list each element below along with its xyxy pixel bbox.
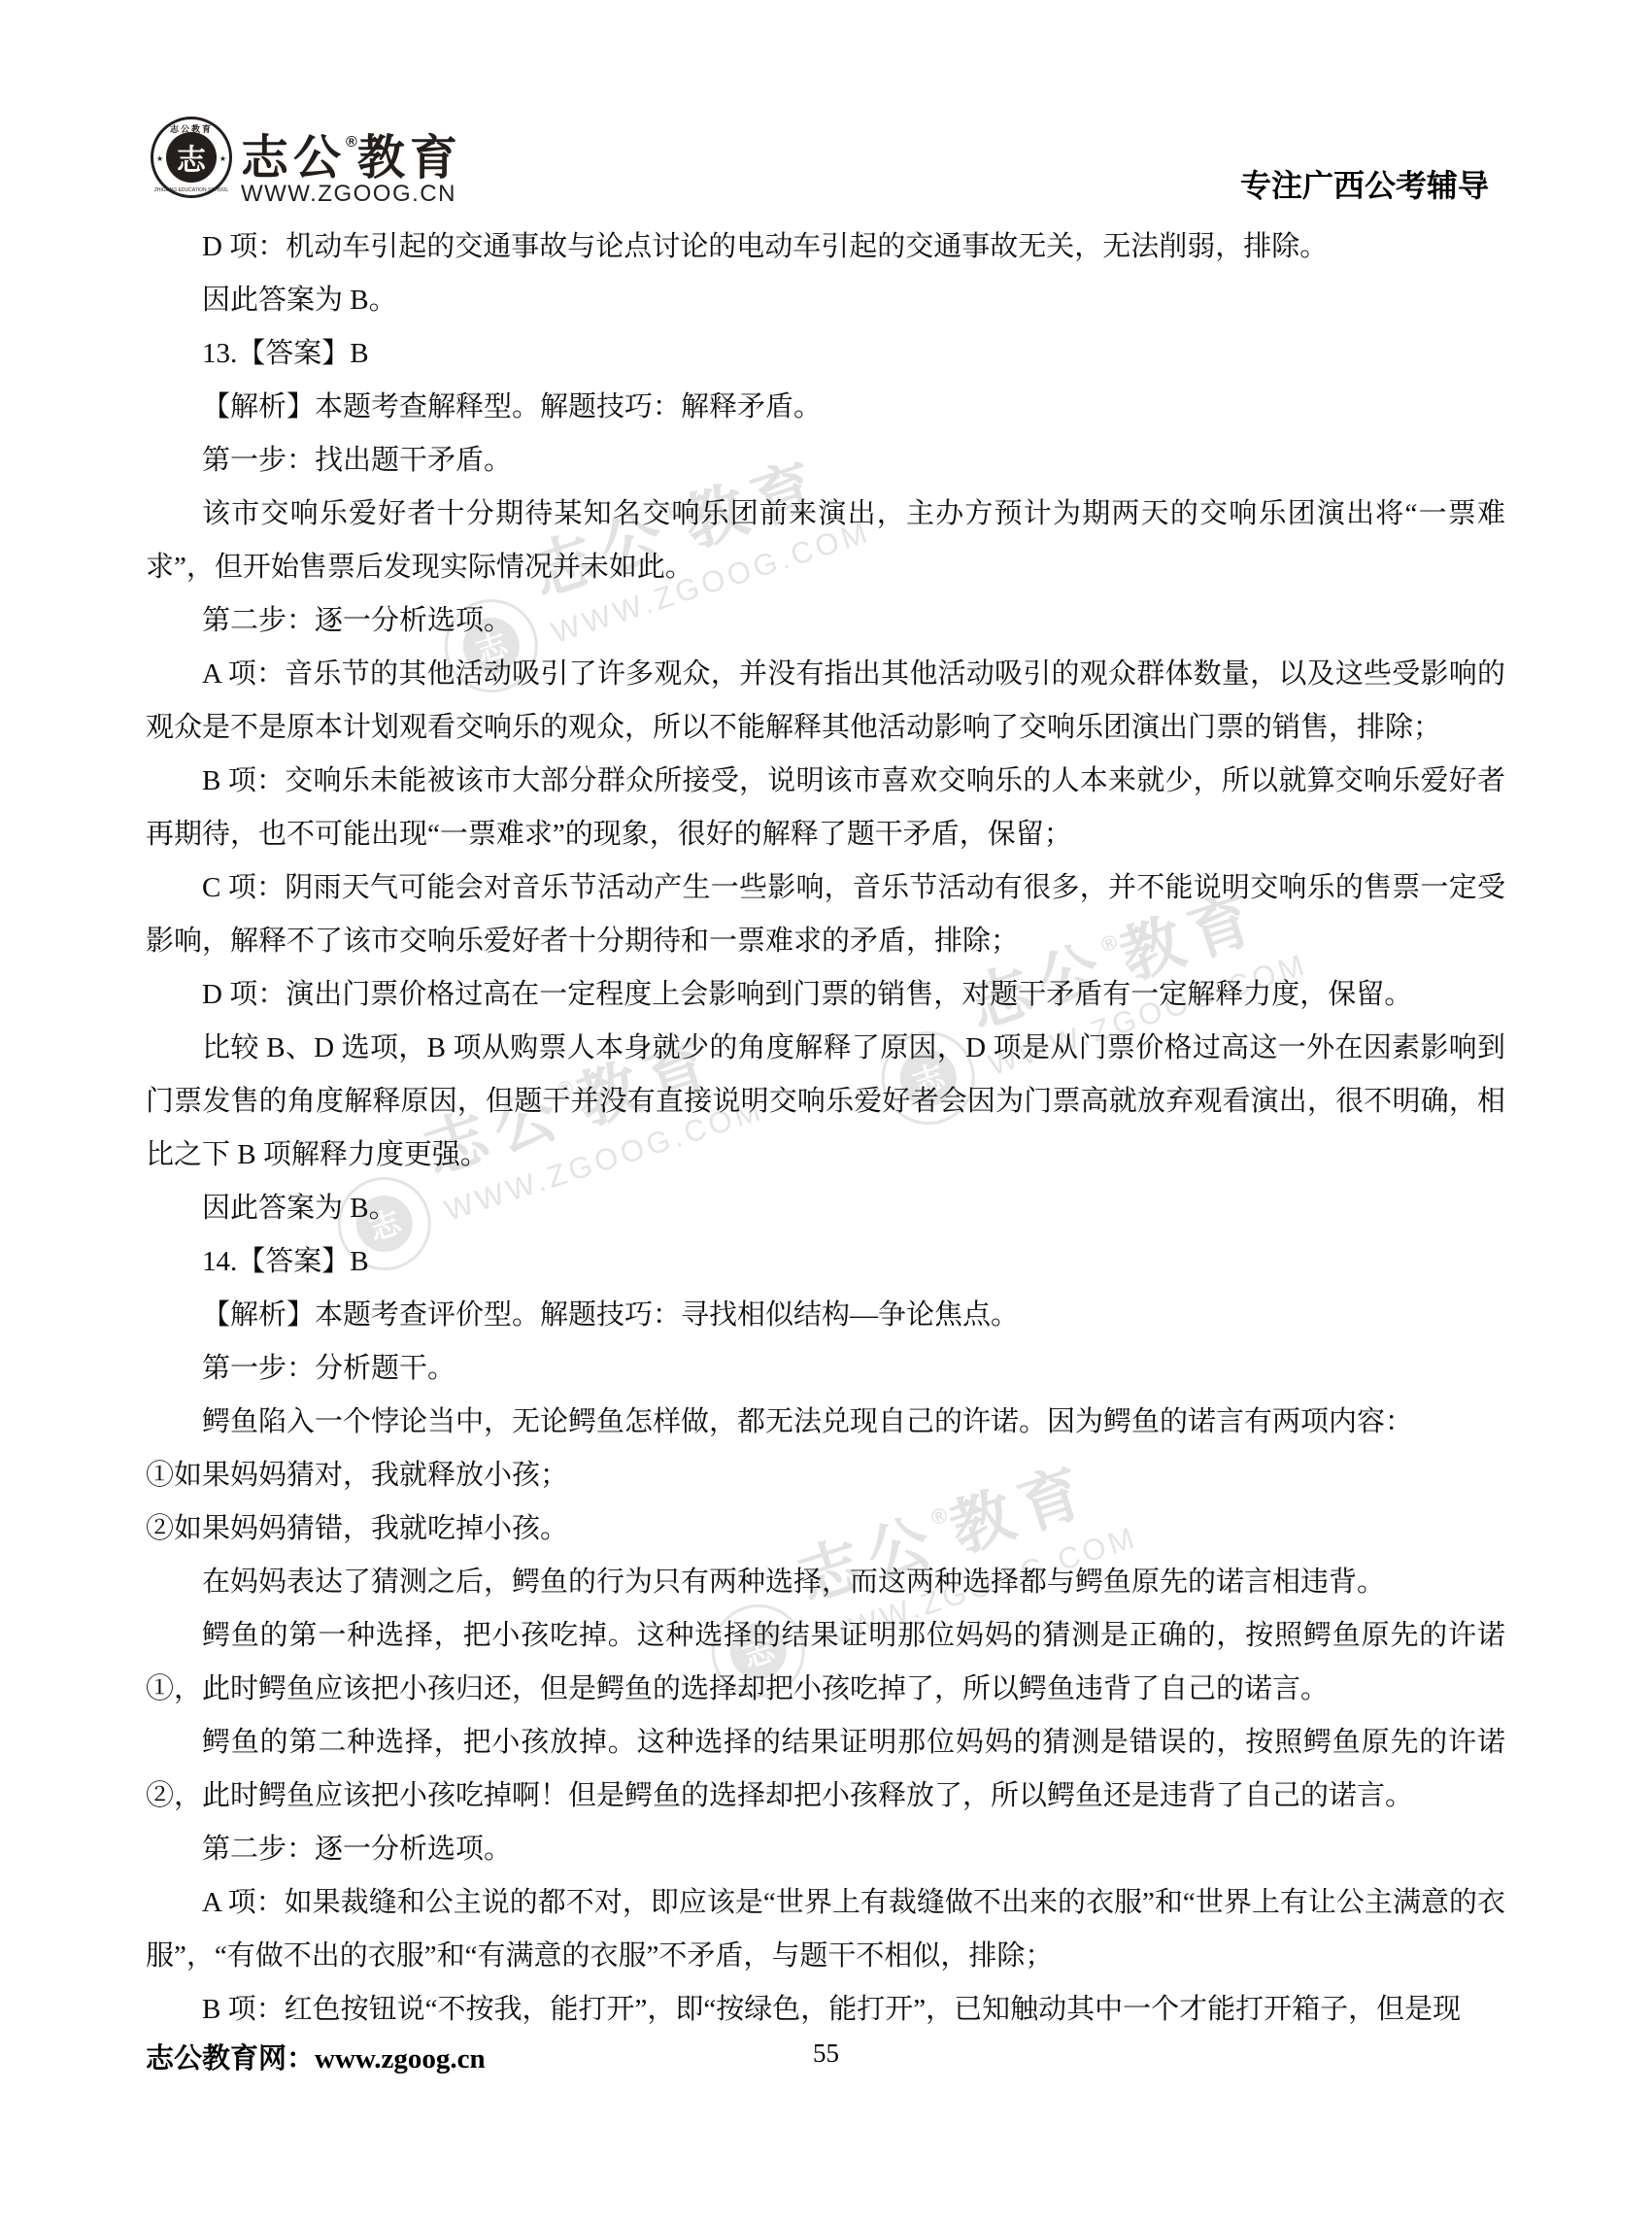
paragraph: ②如果妈妈猜错，我就吃掉小孩。 bbox=[146, 1502, 1505, 1556]
document-body: D 项：机动车引起的交通事故与论点讨论的电动车引起的交通事故无关，无法削弱，排除… bbox=[146, 220, 1505, 2037]
paragraph: D 项：机动车引起的交通事故与论点讨论的电动车引起的交通事故无关，无法削弱，排除… bbox=[146, 220, 1505, 274]
header-tagline: 专注广西公考辅导 bbox=[1240, 161, 1489, 206]
paragraph: 14.【答案】B bbox=[146, 1235, 1505, 1289]
paragraph: 鳄鱼陷入一个悖论当中，无论鳄鱼怎样做，都无法兑现自己的许诺。因为鳄鱼的诺言有两项… bbox=[146, 1396, 1505, 1449]
paragraph: D 项：演出门票价格过高在一定程度上会影响到门票的销售，对题干矛盾有一定解释力度… bbox=[146, 968, 1505, 1022]
paragraph: 因此答案为 B。 bbox=[146, 1182, 1505, 1235]
brand-wordmark: 志公®教育 bbox=[241, 120, 462, 188]
paragraph: A 项：音乐节的其他活动吸引了许多观众，并没有指出其他活动吸引的观众群体数量，以… bbox=[146, 648, 1505, 755]
paragraph: C 项：阴雨天气可能会对音乐节活动产生一些影响，音乐节活动有很多，并不能说明交响… bbox=[146, 861, 1505, 968]
paragraph: 比较 B、D 选项，B 项从购票人本身就少的角度解释了原因，D 项是从门票价格过… bbox=[146, 1022, 1505, 1182]
paragraph-list: D 项：机动车引起的交通事故与论点讨论的电动车引起的交通事故无关，无法削弱，排除… bbox=[146, 220, 1505, 2037]
document-page: { "header": { "logo": { "seal_top_text":… bbox=[0, 0, 1652, 2225]
logo-seal-icon: 志公教育 ★ ★ 志 ZHIGONG EDUCATION SCHOOL bbox=[151, 117, 232, 198]
seal-bottom-text: ZHIGONG EDUCATION SCHOOL bbox=[154, 187, 228, 193]
seal-glyph: 志 bbox=[177, 136, 206, 179]
paragraph: 因此答案为 B。 bbox=[146, 274, 1505, 327]
paragraph: 第二步：逐一分析选项。 bbox=[146, 1823, 1505, 1876]
paragraph: 在妈妈表达了猜测之后，鳄鱼的行为只有两种选择，而这两种选择都与鳄鱼原先的诺言相违… bbox=[146, 1556, 1505, 1609]
brand-website: WWW.ZGOOG.CN bbox=[241, 181, 456, 208]
star-icon: ★ bbox=[156, 154, 163, 163]
paragraph: 该市交响乐爱好者十分期待某知名交响乐团前来演出，主办方预计为期两天的交响乐团演出… bbox=[146, 488, 1505, 594]
paragraph: 第二步：逐一分析选项。 bbox=[146, 594, 1505, 648]
brand-right: 教育 bbox=[357, 132, 462, 185]
paragraph: 第一步：找出题干矛盾。 bbox=[146, 434, 1505, 488]
paragraph: 第一步：分析题干。 bbox=[146, 1342, 1505, 1396]
star-icon: ★ bbox=[219, 154, 226, 163]
paragraph: B 项：交响乐未能被该市大部分群众所接受，说明该市喜欢交响乐的人本来就少，所以就… bbox=[146, 755, 1505, 861]
paragraph: B 项：红色按钮说“不按我，能打开”，即“按绿色，能打开”，已知触动其中一个才能… bbox=[146, 1983, 1505, 2037]
paragraph: ①如果妈妈猜对，我就释放小孩； bbox=[146, 1449, 1505, 1502]
paragraph: 【解析】本题考查评价型。解题技巧：寻找相似结构—争论焦点。 bbox=[146, 1289, 1505, 1342]
paragraph: 【解析】本题考查解释型。解题技巧：解释矛盾。 bbox=[146, 381, 1505, 434]
paragraph: 13.【答案】B bbox=[146, 327, 1505, 381]
paragraph: 鳄鱼的第二种选择，把小孩放掉。这种选择的结果证明那位妈妈的猜测是错误的，按照鳄鱼… bbox=[146, 1716, 1505, 1823]
page-number: 55 bbox=[0, 2039, 1652, 2069]
registered-mark-icon: ® bbox=[346, 134, 357, 151]
paragraph: 鳄鱼的第一种选择，把小孩吃掉。这种选择的结果证明那位妈妈的猜测是正确的，按照鳄鱼… bbox=[146, 1609, 1505, 1716]
paragraph: A 项：如果裁缝和公主说的都不对，即应该是“世界上有裁缝做不出来的衣服”和“世界… bbox=[146, 1876, 1505, 1983]
seal-core: 志 bbox=[166, 132, 217, 183]
brand-left: 志公 bbox=[241, 132, 346, 185]
